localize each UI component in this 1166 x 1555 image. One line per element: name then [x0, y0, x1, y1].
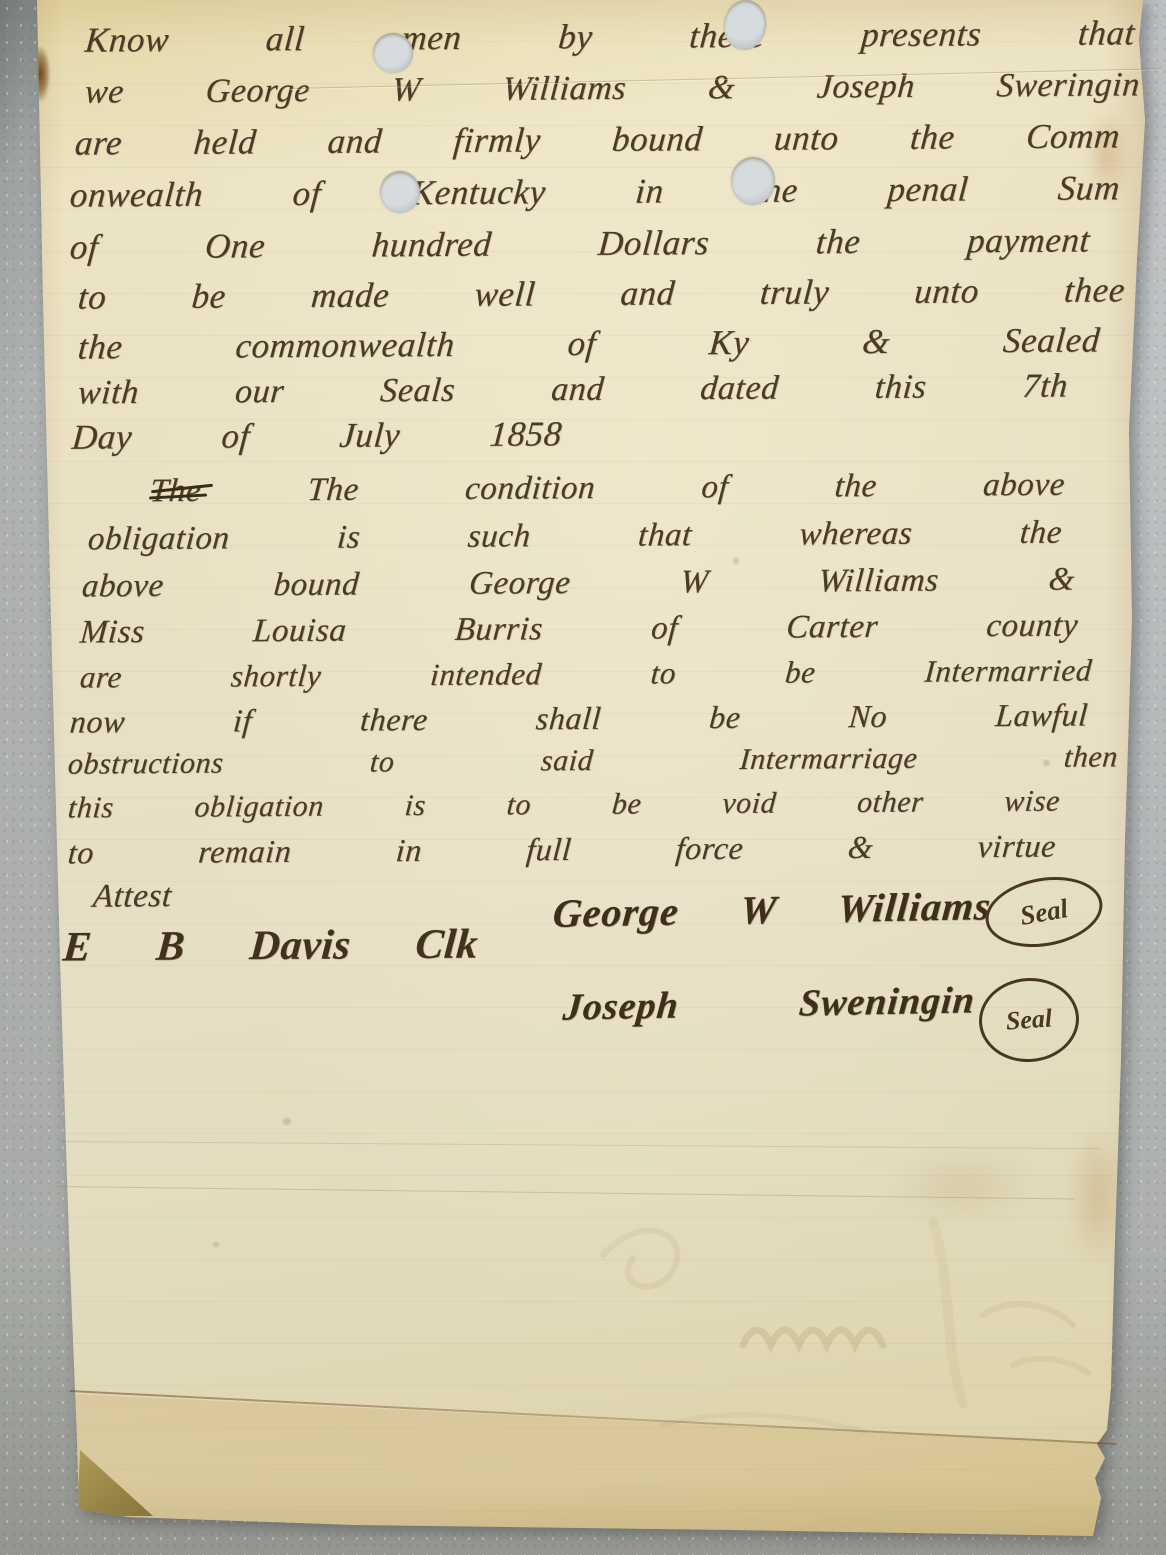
- punch-hole: [731, 157, 775, 205]
- document-line: obstructions to said Intermarriage then: [67, 739, 1120, 783]
- punch-hole: [373, 33, 413, 73]
- document-line: obligation is such that whereas the: [86, 513, 1063, 560]
- document-line: The The condition of the above: [148, 465, 1066, 512]
- document-line: with our Seals and dated this 7th: [76, 366, 1069, 414]
- document-line: to be made well and truly unto thee: [76, 269, 1126, 319]
- document-line: above bound George W Williams &: [80, 560, 1076, 607]
- document-line: this obligation is to be void other wise: [67, 784, 1062, 828]
- document-line: to remain in full force & virtue: [66, 827, 1057, 873]
- paper-surface: Know all men by these presents thatwe Ge…: [33, 0, 1145, 1542]
- seal-label: Seal: [1018, 893, 1071, 932]
- document-line: Day of July 1858: [70, 413, 563, 459]
- document-line: Miss Louisa Burris of Carter county: [78, 606, 1079, 653]
- signature-joseph-sweningin: Joseph Sweningin: [561, 978, 977, 1029]
- photo-of-document: { "photo": { "surface_color": "#b2b5b6",…: [0, 0, 1166, 1555]
- document-line: are held and firmly bound unto the Comm: [73, 115, 1121, 165]
- document-line: E B Davis Clk: [61, 920, 480, 974]
- signature-george-w-williams: George W Williams: [551, 882, 993, 937]
- document-line: onwealth of Kentucky in the penal Sum: [68, 167, 1121, 217]
- document-line: now if there shall be No Lawful: [68, 695, 1089, 741]
- document-line: we George W Williams & Joseph Sweringin: [83, 64, 1141, 113]
- document-line: are shortly intended to be Intermarried: [78, 651, 1093, 696]
- document-line: the commonwealth of Ky & Sealed: [76, 319, 1101, 369]
- punch-hole: [380, 171, 420, 213]
- handwritten-text-block: Know all men by these presents thatwe Ge…: [33, 0, 1145, 1542]
- document-line: Attest: [91, 875, 284, 917]
- document-line: of One hundred Dollars the payment: [68, 219, 1091, 269]
- paper-sheet: Know all men by these presents thatwe Ge…: [33, 0, 1145, 1542]
- document-line: Know all men by these presents that: [83, 12, 1136, 62]
- seal-label: Seal: [1005, 1003, 1053, 1036]
